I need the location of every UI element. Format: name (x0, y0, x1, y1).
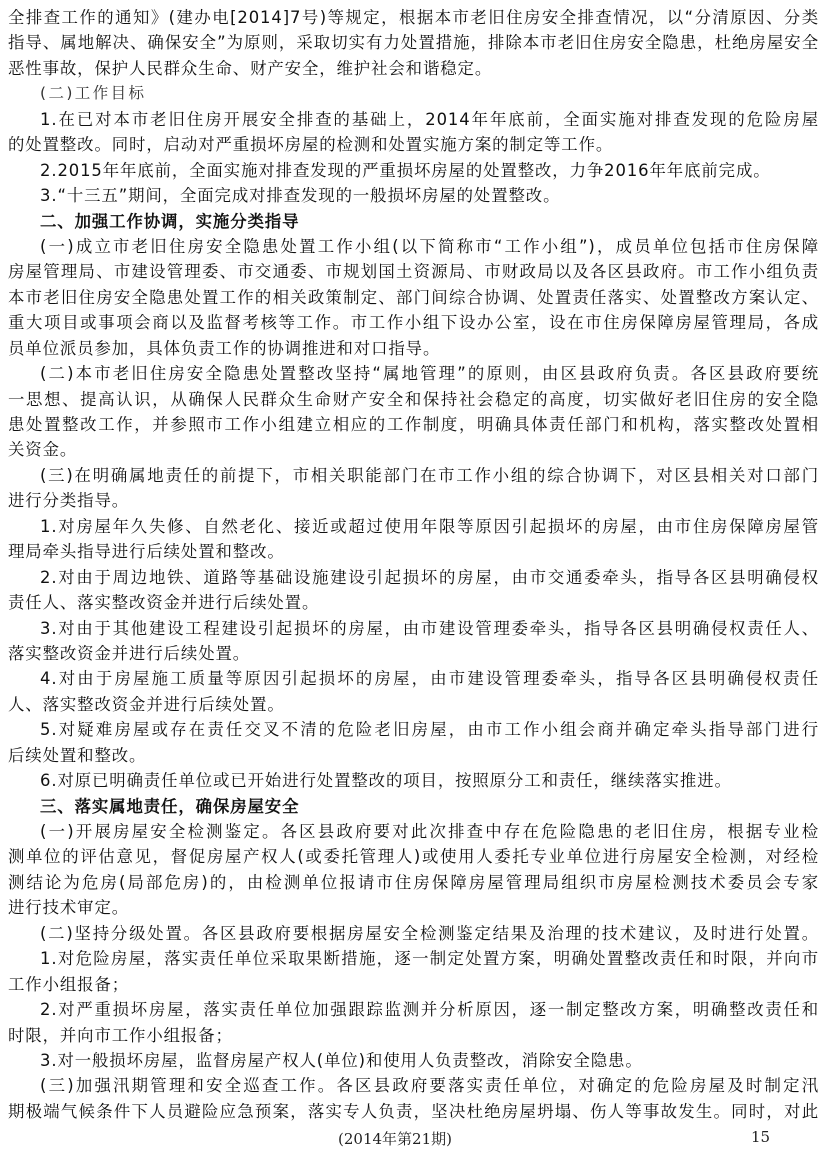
body-line: 员单位派员参加，具体负责工作的协调推进和对口指导。 (8, 336, 819, 361)
body-line: 期极端气候条件下人员避险应急预案，落实专人负责，坚决杜绝房屋坍塌、伤人等事故发生… (8, 1099, 819, 1124)
subsection-heading: (二)工作目标 (8, 81, 819, 106)
body-line: (二)坚持分级处置。各区县政府要根据房屋安全检测鉴定结果及治理的技术建议，及时进… (8, 921, 819, 946)
body-line: 关资金。 (8, 437, 819, 462)
body-line: 2.2015年年底前，全面实施对排查发现的严重损坏房屋的处置整改，力争2016年… (8, 158, 819, 183)
body-line: (一)成立市老旧住房安全隐患处置工作小组(以下简称市“工作小组”)，成员单位包括… (8, 234, 819, 259)
section-heading: 二、加强工作协调，实施分类指导 (8, 209, 819, 234)
body-line: 责任人、落实整改资金并进行后续处置。 (8, 590, 819, 615)
body-line: 2.对严重损坏房屋，落实责任单位加强跟踪监测并分析原因，逐一制定整改方案，明确整… (8, 997, 819, 1022)
body-line: (三)加强汛期管理和安全巡查工作。各区县政府要落实责任单位，对确定的危险房屋及时… (8, 1073, 819, 1098)
body-line: 落实整改资金并进行后续处置。 (8, 641, 819, 666)
body-line: 全排查工作的通知》(建办电[2014]7号)等规定，根据本市老旧住房安全排查情况… (8, 5, 819, 30)
body-line: 人、落实整改资金并进行后续处置。 (8, 692, 819, 717)
body-line: 1.在已对本市老旧住房开展安全排查的基础上，2014年年底前，全面实施对排查发现… (8, 107, 819, 132)
body-line: 6.对原已明确责任单位或已开始进行处置整改的项目，按照原分工和责任，继续落实推进… (8, 768, 819, 793)
page-footer: (2014年第21期) 15 (0, 1128, 827, 1152)
body-line: 时限，并向市工作小组报备； (8, 1023, 819, 1048)
body-line: (一)开展房屋安全检测鉴定。各区县政府要对此次排查中存在危险隐患的老旧住房，根据… (8, 819, 819, 844)
body-line: 患处置整改工作，并参照市工作小组建立相应的工作制度，明确具体责任部门和机构，落实… (8, 412, 819, 437)
body-line: 5.对疑难房屋或存在责任交叉不清的危险老旧房屋，由市工作小组会商并确定牵头指导部… (8, 717, 819, 742)
body-line: 后续处置和整改。 (8, 743, 819, 768)
body-line: 3.“十三五”期间，全面完成对排查发现的一般损坏房屋的处置整改。 (8, 183, 819, 208)
body-line: 2.对由于周边地铁、道路等基础设施建设引起损坏的房屋，由市交通委牵头，指导各区县… (8, 565, 819, 590)
body-line: (三)在明确属地责任的前提下，市相关职能部门在市工作小组的综合协调下，对区县相关… (8, 463, 819, 488)
body-line: 测单位的评估意见，督促房屋产权人(或委托管理人)或使用人委托专业单位进行房屋安全… (8, 844, 819, 869)
section-heading: 三、落实属地责任，确保房屋安全 (8, 794, 819, 819)
body-line: 本市老旧住房安全隐患处置工作的相关政策制定、部门间综合协调、处置责任落实、处置整… (8, 285, 819, 310)
body-line: 重大项目或事项会商以及监督考核等工作。市工作小组下设办公室，设在市住房保障房屋管… (8, 310, 819, 335)
body-line: 进行分类指导。 (8, 488, 819, 513)
body-line: 理局牵头指导进行后续处置和整改。 (8, 539, 819, 564)
body-line: 4.对由于房屋施工质量等原因引起损坏的房屋，由市建设管理委牵头，指导各区县明确侵… (8, 666, 819, 691)
issue-label: (2014年第21期) (338, 1128, 452, 1149)
body-line: 的处置整改。同时，启动对严重损坏房屋的检测和处置实施方案的制定等工作。 (8, 132, 819, 157)
page-number: 15 (751, 1128, 770, 1146)
body-line: 3.对由于其他建设工程建设引起损坏的房屋，由市建设管理委牵头，指导各区县明确侵权… (8, 616, 819, 641)
body-line: 测结论为危房(局部危房)的，由检测单位报请市住房保障房屋管理局组织市房屋检测技术… (8, 870, 819, 895)
body-line: 1.对房屋年久失修、自然老化、接近或超过使用年限等原因引起损坏的房屋，由市住房保… (8, 514, 819, 539)
body-line: 房屋管理局、市建设管理委、市交通委、市规划国土资源局、市财政局以及各区县政府。市… (8, 259, 819, 284)
body-line: (二)本市老旧住房安全隐患处置整改坚持“属地管理”的原则，由区县政府负责。各区县… (8, 361, 819, 386)
body-line: 指导、属地解决、确保安全”为原则，采取切实有力处置措施，排除本市老旧住房安全隐患… (8, 30, 819, 55)
body-line: 恶性事故，保护人民群众生命、财产安全，维护社会和谐稳定。 (8, 56, 819, 81)
body-line: 一思想、提高认识，从确保人民群众生命财产安全和保持社会稳定的高度，切实做好老旧住… (8, 387, 819, 412)
body-line: 1.对危险房屋，落实责任单位采取果断措施，逐一制定处置方案，明确处置整改责任和时… (8, 946, 819, 971)
body-line: 工作小组报备； (8, 972, 819, 997)
body-line: 进行技术审定。 (8, 895, 819, 920)
body-line: 3.对一般损坏房屋，监督房屋产权人(单位)和使用人负责整改，消除安全隐患。 (8, 1048, 819, 1073)
document-body: 全排查工作的通知》(建办电[2014]7号)等规定，根据本市老旧住房安全排查情况… (8, 5, 819, 1124)
